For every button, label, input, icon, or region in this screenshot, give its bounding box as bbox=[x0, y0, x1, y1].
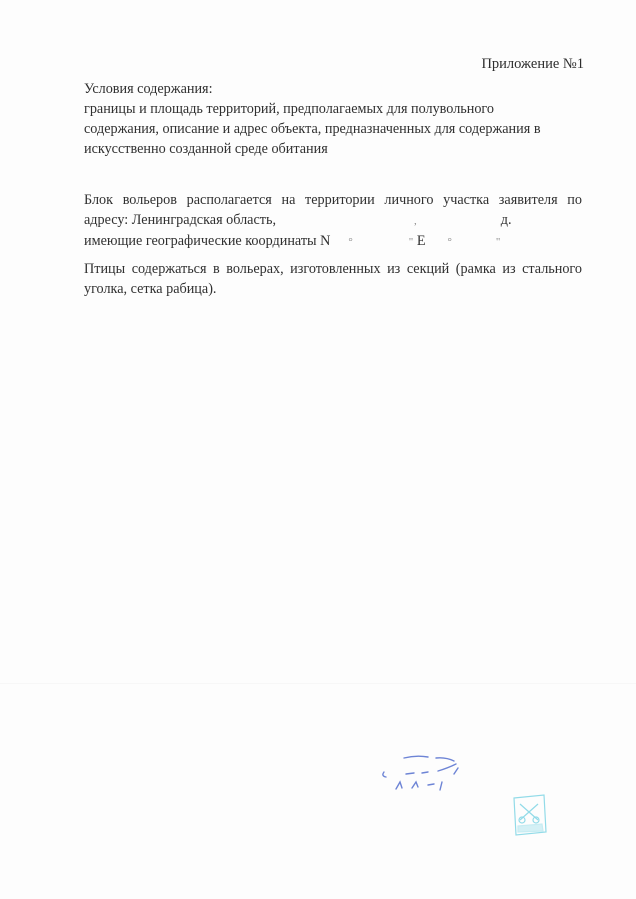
conditions-heading: Условия содержания: bbox=[84, 79, 584, 99]
enclosure-line-1: Птицы содержаться в вольерах, изготовлен… bbox=[84, 259, 582, 279]
coordinates-label: имеющие географические координаты N bbox=[84, 233, 330, 249]
east-label: E bbox=[417, 233, 426, 249]
signature-mark bbox=[376, 752, 486, 802]
appendix-label: Приложение №1 bbox=[481, 56, 584, 73]
degree-symbol: ° bbox=[448, 236, 452, 248]
location-line-1: Блок вольеров располагается на территори… bbox=[84, 190, 582, 210]
address-prefix: адресу: Ленинградская область, bbox=[84, 212, 276, 228]
degree-symbol: ° bbox=[348, 236, 352, 248]
location-line-3: имеющие географические координаты N°" E°… bbox=[84, 231, 582, 252]
enclosure-line-2: уголка, сетка рабица). bbox=[84, 279, 582, 299]
location-section: Блок вольеров располагается на территори… bbox=[84, 190, 582, 252]
description-line: искусственно созданной среде обитания bbox=[84, 139, 584, 159]
address-comma: , bbox=[414, 215, 417, 227]
scan-artifact bbox=[0, 683, 636, 684]
conditions-section: Условия содержания: границы и площадь те… bbox=[84, 79, 584, 159]
document-page: Приложение №1 Условия содержания: границ… bbox=[0, 0, 636, 899]
seconds-symbol: " bbox=[409, 236, 414, 248]
stamp-mark bbox=[508, 792, 550, 838]
enclosure-section: Птицы содержаться в вольерах, изготовлен… bbox=[84, 259, 582, 299]
description-line: границы и площадь территорий, предполага… bbox=[84, 99, 584, 119]
description-line: содержания, описание и адрес объекта, пр… bbox=[84, 119, 584, 139]
seconds-symbol: " bbox=[496, 236, 501, 248]
location-line-2: адресу: Ленинградская область,,д. bbox=[84, 210, 582, 231]
house-label: д. bbox=[501, 212, 512, 228]
